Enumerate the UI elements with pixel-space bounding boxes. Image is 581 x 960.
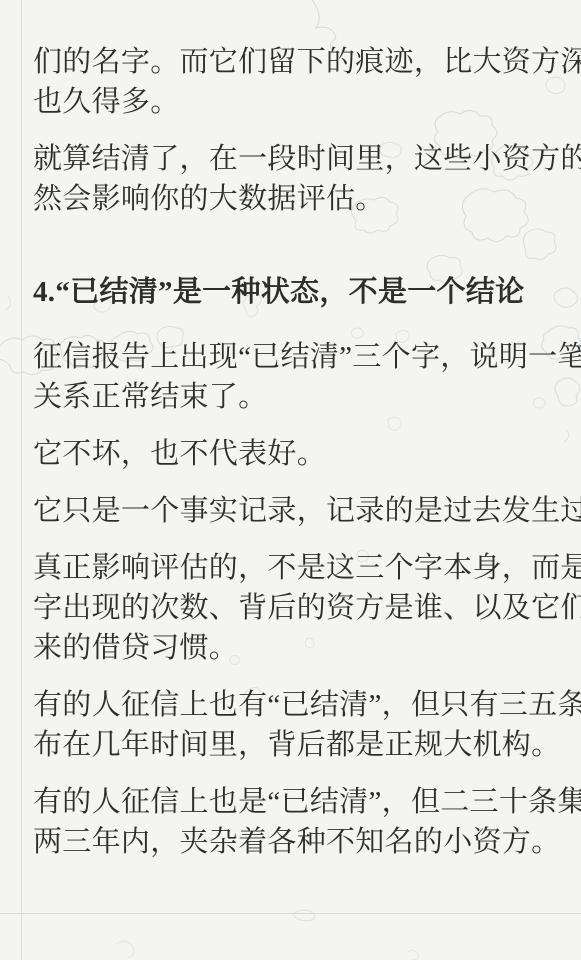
text-line: 就算结清了，在一段时间里，这些小资方的记录依	[33, 139, 568, 179]
text-line: 关系正常结束了。	[33, 377, 568, 417]
text-line: 真正影响评估的，不是这三个字本身，而是这三个	[33, 548, 568, 588]
text-line: 征信报告上出现“已结清”三个字，说明一笔借贷	[33, 337, 568, 377]
text-line: 有的人征信上也是“已结清”，但二三十条集中在	[33, 782, 568, 822]
article-page: 们的名字。而它们留下的痕迹，比大资方深得多， 也久得多。 就算结清了，在一段时间…	[0, 0, 581, 960]
text-line: 它不坏，也不代表好。	[33, 434, 568, 474]
text-line: 来的借贷习惯。	[33, 628, 568, 668]
text-line: 们的名字。而它们留下的痕迹，比大资方深得多，	[33, 42, 568, 82]
text-line: 布在几年时间里，背后都是正规大机构。	[33, 725, 568, 765]
section-heading: 4.“已结清”是一种状态，不是一个结论	[33, 272, 568, 312]
text-line: 也久得多。	[33, 82, 568, 122]
bottom-horizontal-rule	[0, 913, 581, 914]
paragraph-factual-record: 它只是一个事实记录，记录的是过去发生过的事。	[33, 491, 568, 531]
text-line: 字出现的次数、背后的资方是谁、以及它们反映出	[33, 588, 568, 628]
text-line: 有的人征信上也有“已结清”，但只有三五条，分	[33, 685, 568, 725]
paragraph-real-impact: 真正影响评估的，不是这三个字本身，而是这三个 字出现的次数、背后的资方是谁、以及…	[33, 548, 568, 668]
text-line: 两三年内，夹杂着各种不知名的小资方。	[33, 822, 568, 862]
paragraph-credit-report: 征信报告上出现“已结清”三个字，说明一笔借贷 关系正常结束了。	[33, 337, 568, 417]
text-line: 然会影响你的大数据评估。	[33, 179, 568, 219]
article-content: 们的名字。而它们留下的痕迹，比大资方深得多， 也久得多。 就算结清了，在一段时间…	[33, 42, 568, 879]
heading-line: 4.“已结清”是一种状态，不是一个结论	[33, 272, 568, 312]
paragraph-not-bad-not-good: 它不坏，也不代表好。	[33, 434, 568, 474]
paragraph-even-settled: 就算结清了，在一段时间里，这些小资方的记录依 然会影响你的大数据评估。	[33, 139, 568, 219]
left-margin-line	[21, 0, 22, 960]
text-line: 它只是一个事实记录，记录的是过去发生过的事。	[33, 491, 568, 531]
paragraph-many-records: 有的人征信上也是“已结清”，但二三十条集中在 两三年内，夹杂着各种不知名的小资方…	[33, 782, 568, 862]
paragraph-few-records: 有的人征信上也有“已结清”，但只有三五条，分 布在几年时间里，背后都是正规大机构…	[33, 685, 568, 765]
paragraph-residual-names: 们的名字。而它们留下的痕迹，比大资方深得多， 也久得多。	[33, 42, 568, 122]
